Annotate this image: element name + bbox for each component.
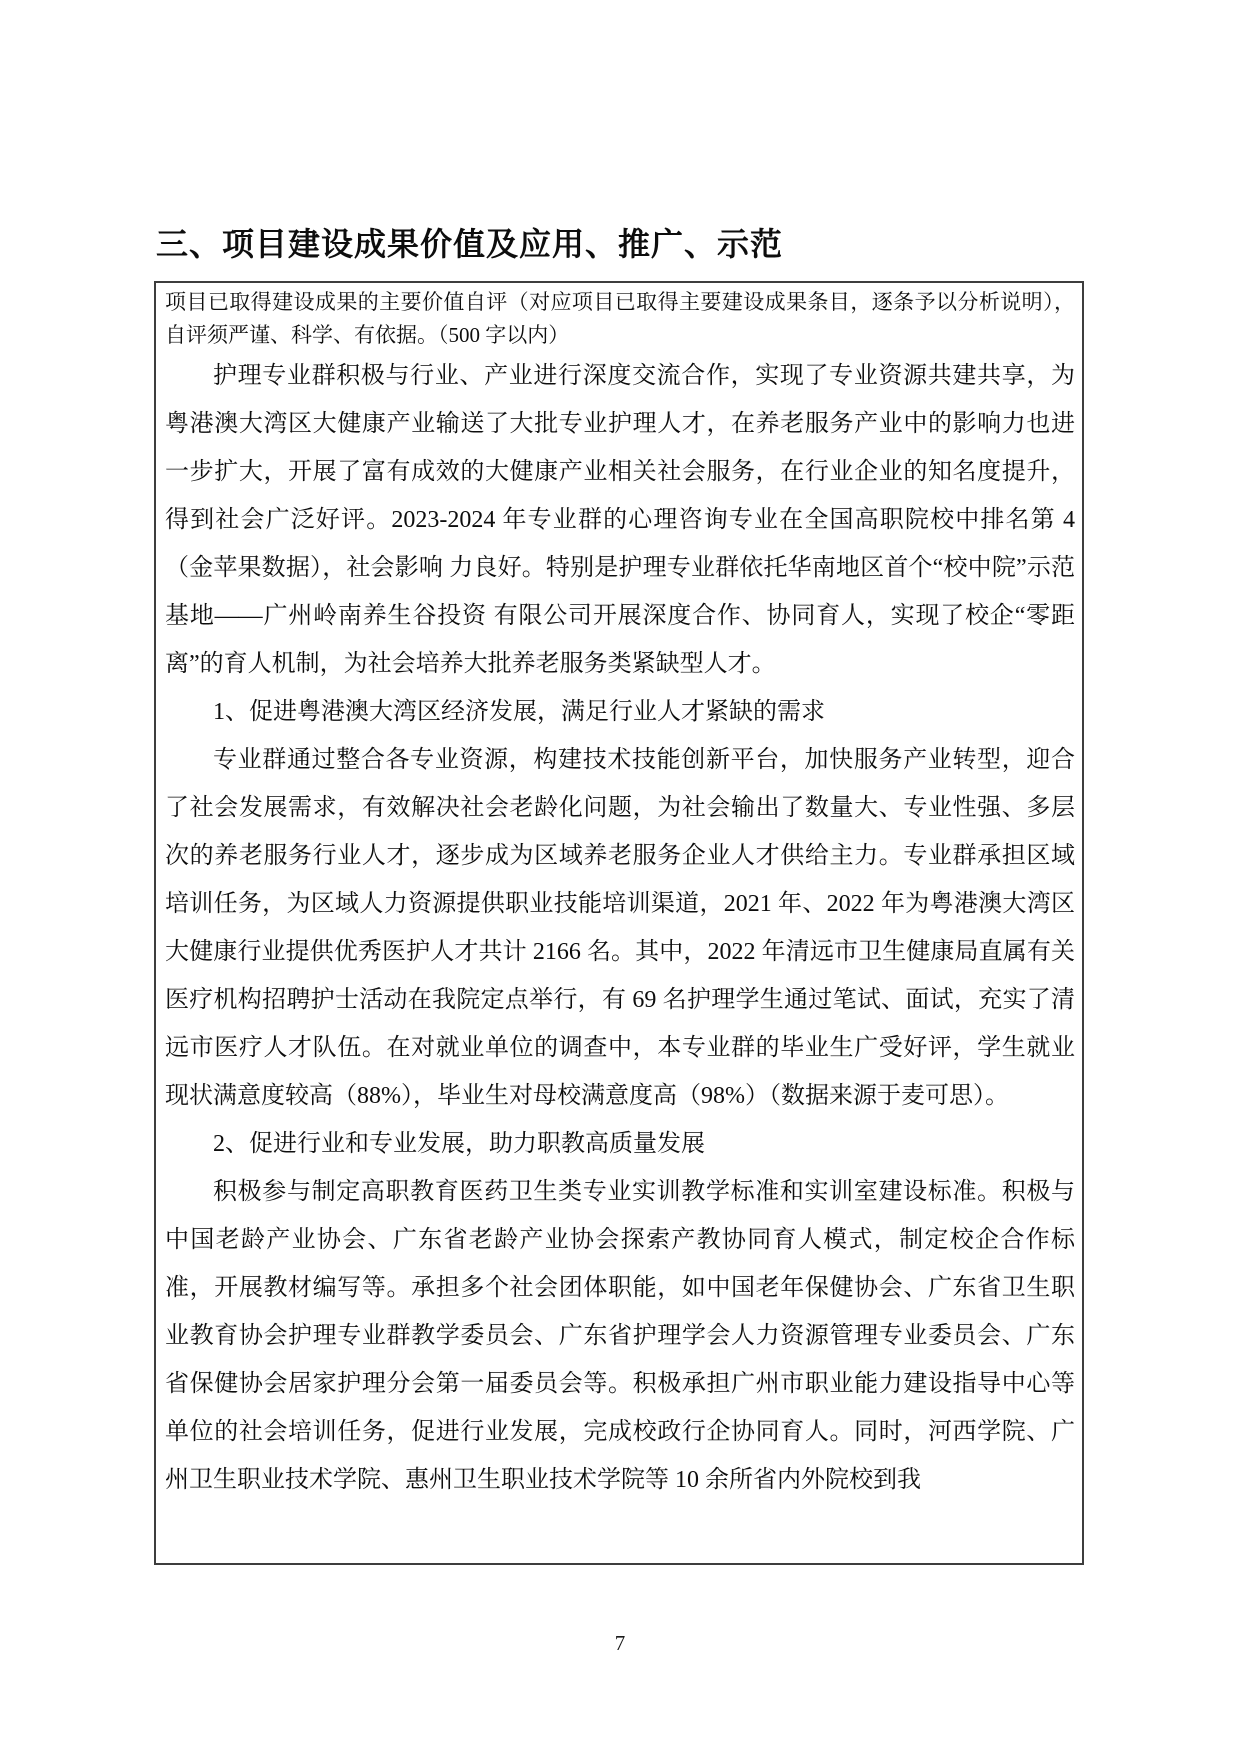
body-paragraph: 1、促进粤港澳大湾区经济发展，满足行业人才紧缺的需求 [165,688,1075,736]
content-table-cell: 项目已取得建设成果的主要价值自评（对应项目已取得主要建设成果条目，逐条予以分析说… [154,281,1084,1565]
body-paragraph: 护理专业群积极与行业、产业进行深度交流合作，实现了专业资源共建共享，为粤港澳大湾… [165,352,1075,688]
section-title: 三、项目建设成果价值及应用、推广、示范 [156,224,783,264]
page-number: 7 [0,1630,1240,1656]
body-paragraph: 专业群通过整合各专业资源，构建技术技能创新平台，加快服务产业转型，迎合了社会发展… [165,736,1075,1120]
body-paragraph: 2、促进行业和专业发展，助力职教高质量发展 [165,1120,1075,1168]
document-page: 三、项目建设成果价值及应用、推广、示范 项目已取得建设成果的主要价值自评（对应项… [0,0,1240,1753]
cell-prompt-text: 项目已取得建设成果的主要价值自评（对应项目已取得主要建设成果条目，逐条予以分析说… [165,286,1075,352]
body-paragraph: 积极参与制定高职教育医药卫生类专业实训教学标准和实训室建设标准。积极与中国老龄产… [165,1168,1075,1504]
cell-paragraphs: 护理专业群积极与行业、产业进行深度交流合作，实现了专业资源共建共享，为粤港澳大湾… [165,352,1075,1504]
